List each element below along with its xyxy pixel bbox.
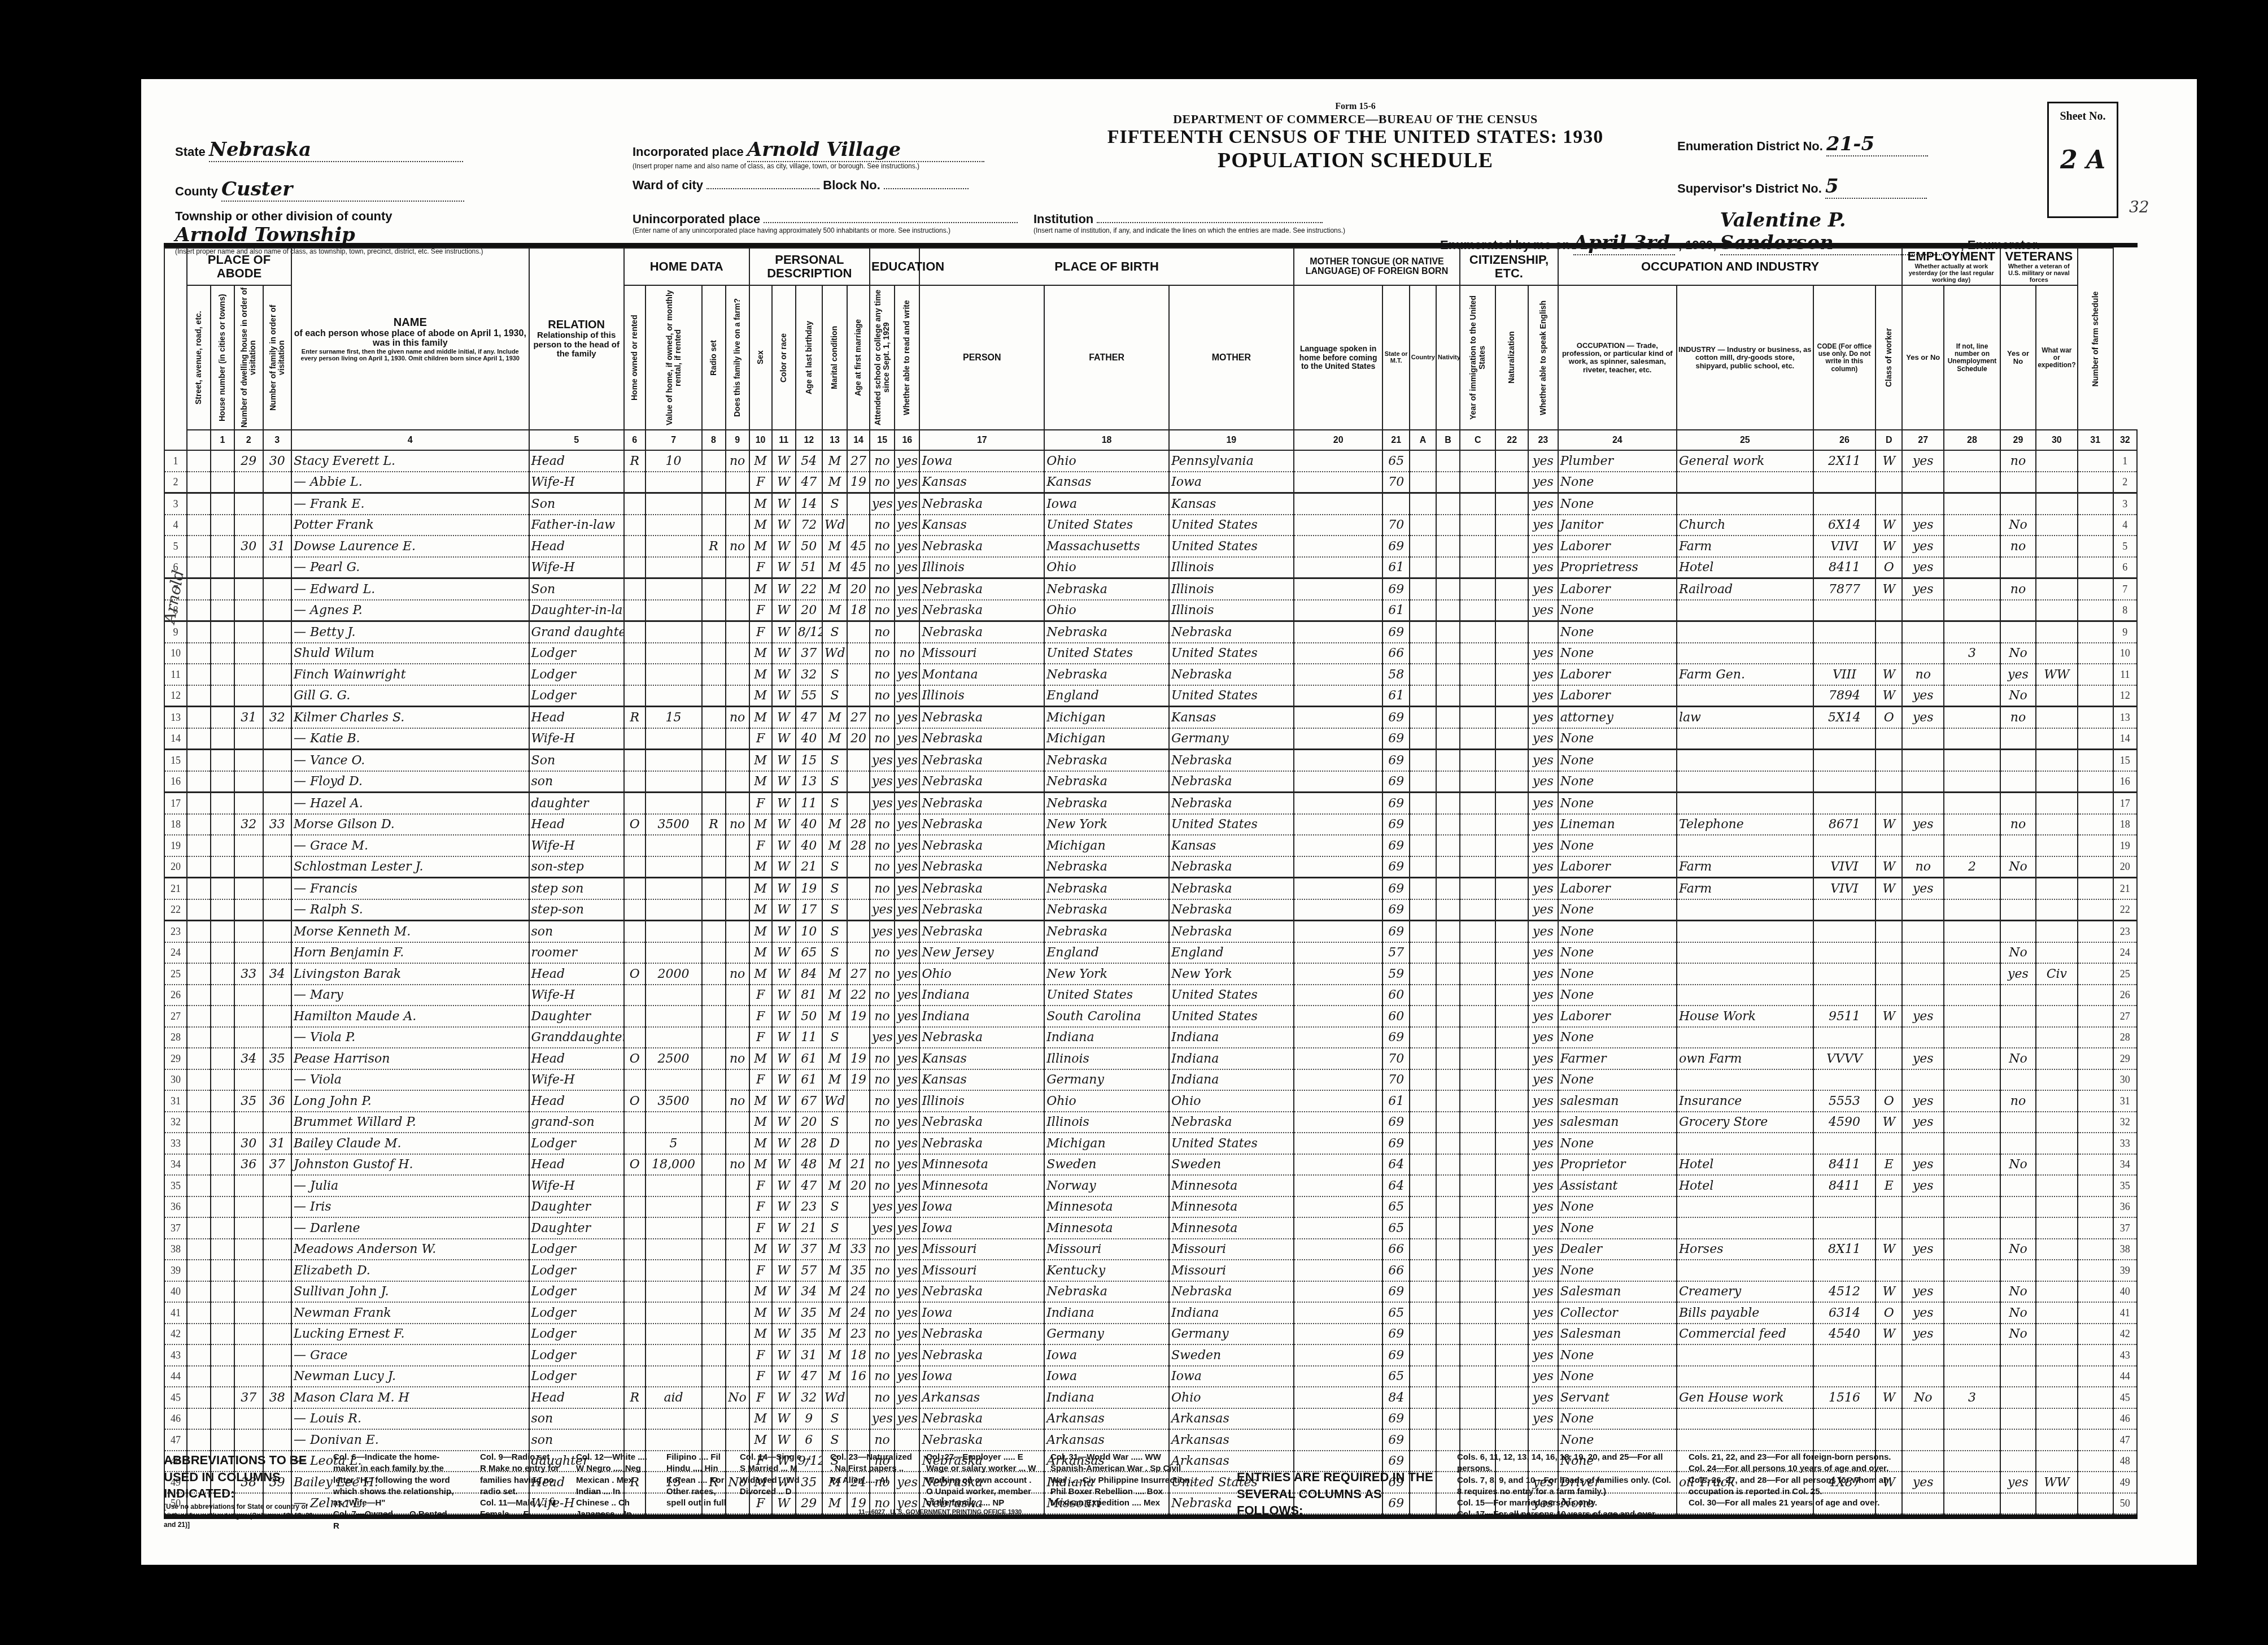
cell-age: 9 bbox=[796, 1408, 822, 1430]
cell-read: yes bbox=[895, 1217, 919, 1239]
cell-val bbox=[645, 1112, 702, 1133]
cell-code_d: VVVV bbox=[1813, 1048, 1876, 1069]
cell-empty bbox=[1495, 685, 1528, 707]
cell-agem bbox=[847, 856, 870, 878]
table-row: 41Newman FrankLodgerMW35M24noyesIowaIndi… bbox=[164, 1302, 2137, 1324]
cell-code_d bbox=[1813, 835, 1876, 856]
cell-spk: yes bbox=[1528, 1366, 1558, 1387]
cell-race: W bbox=[772, 664, 796, 685]
cell-farm bbox=[726, 942, 749, 964]
cell-occ: Laborer bbox=[1558, 856, 1677, 878]
cell-code_a: 66 bbox=[1382, 1260, 1409, 1281]
cell-race: W bbox=[772, 1027, 796, 1048]
cell-cls bbox=[1876, 643, 1902, 664]
cell-war bbox=[2036, 985, 2078, 1006]
cell-val bbox=[645, 1239, 702, 1260]
cell-empty bbox=[1410, 1324, 1436, 1345]
column-number: D bbox=[1876, 430, 1902, 450]
cell-empty bbox=[1460, 515, 1495, 536]
cell-radio bbox=[702, 1175, 726, 1196]
cell-war bbox=[2036, 814, 2078, 835]
cell-bp: Nebraska bbox=[919, 578, 1044, 600]
cell-sch: no bbox=[870, 985, 895, 1006]
enumeration-district: Enumeration District No. 21-5 bbox=[1677, 133, 1928, 156]
cell-ind bbox=[1677, 985, 1813, 1006]
cell-cls bbox=[1876, 793, 1902, 814]
cell-rel: grand-son bbox=[529, 1112, 624, 1133]
cell-mbp: Missouri bbox=[1169, 1239, 1294, 1260]
cell-occ: None bbox=[1558, 728, 1677, 750]
cell-empty bbox=[187, 1090, 211, 1112]
cell-vet bbox=[2000, 1387, 2036, 1408]
cell-name: — Julia bbox=[291, 1175, 529, 1196]
cell-empty bbox=[1410, 578, 1436, 600]
cell-spk: yes bbox=[1528, 1027, 1558, 1048]
cell-agem: 35 bbox=[847, 1260, 870, 1281]
cell-vet bbox=[2000, 1344, 2036, 1366]
cell-radio bbox=[702, 899, 726, 921]
table-row: 12Gill G. G.LodgerMW55SnoyesIllinoisEngl… bbox=[164, 685, 2137, 707]
cell-sch: no bbox=[870, 1154, 895, 1176]
cell-bp: Kansas bbox=[919, 1048, 1044, 1069]
cell-race: W bbox=[772, 750, 796, 771]
cell-read: yes bbox=[895, 472, 919, 493]
cell-cls: W bbox=[1876, 1387, 1902, 1408]
cell-mbp: Iowa bbox=[1169, 472, 1294, 493]
cell-empty bbox=[1495, 1344, 1528, 1366]
cell-sch: no bbox=[870, 1175, 895, 1196]
column-number: 2 bbox=[234, 430, 263, 450]
cell-sch: no bbox=[870, 878, 895, 899]
cell-ind bbox=[1677, 899, 1813, 921]
cell-rel: Wife-H bbox=[529, 1069, 624, 1091]
cell-spk: yes bbox=[1528, 1154, 1558, 1176]
cell-empty bbox=[1410, 793, 1436, 814]
column-number: 16 bbox=[895, 430, 919, 450]
table-row: 23Morse Kenneth M.sonMW10SyesyesNebraska… bbox=[164, 921, 2137, 942]
cell-dw: 32 bbox=[234, 814, 263, 835]
cell-name: Hamilton Maude A. bbox=[291, 1006, 529, 1027]
cell-empty bbox=[2078, 643, 2113, 664]
cell-age: 40 bbox=[796, 835, 822, 856]
cell-unemp bbox=[1944, 1217, 2000, 1239]
cell-bp: Nebraska bbox=[919, 771, 1044, 793]
cell-emp: yes bbox=[1902, 707, 1944, 728]
cell-own bbox=[624, 664, 645, 685]
cell-ln: 26 bbox=[2113, 985, 2137, 1006]
cell-code_a: 69 bbox=[1382, 1408, 1409, 1430]
cell-fam bbox=[263, 1006, 292, 1027]
cell-unemp bbox=[1944, 578, 2000, 600]
cell-mar: Wd bbox=[822, 515, 847, 536]
cell-occ: None bbox=[1558, 942, 1677, 964]
cell-fbp: Ohio bbox=[1044, 450, 1169, 472]
cell-ln: 38 bbox=[2113, 1239, 2137, 1260]
cell-mar: M bbox=[822, 1281, 847, 1303]
cell-sch: no bbox=[870, 1387, 895, 1408]
cell-code_d: 7894 bbox=[1813, 685, 1876, 707]
cell-farm bbox=[726, 557, 749, 578]
cell-mar: S bbox=[822, 942, 847, 964]
cell-empty bbox=[1495, 557, 1528, 578]
cell-read: yes bbox=[895, 685, 919, 707]
cell-spk: yes bbox=[1528, 643, 1558, 664]
cell-empty bbox=[2078, 536, 2113, 557]
cell-vet: no bbox=[2000, 578, 2036, 600]
cell-val bbox=[645, 1344, 702, 1366]
supervisor-district: Supervisor's District No. 5 bbox=[1677, 175, 1927, 199]
cell-radio bbox=[702, 1408, 726, 1430]
table-row: 10Shuld WilumLodgerMW37WdnonoMissouriUni… bbox=[164, 643, 2137, 664]
cell-rel: Head bbox=[529, 1048, 624, 1069]
cell-cls bbox=[1876, 1196, 1902, 1218]
cell-rel: Wife-H bbox=[529, 472, 624, 493]
cell-name: Potter Frank bbox=[291, 515, 529, 536]
cell-code_d bbox=[1813, 621, 1876, 643]
cell-empty bbox=[187, 1069, 211, 1091]
cell-empty bbox=[1460, 1048, 1495, 1069]
cell-occ: Laborer bbox=[1558, 578, 1677, 600]
cell-code_d: 1516 bbox=[1813, 1387, 1876, 1408]
cell-farm bbox=[726, 856, 749, 878]
cell-radio bbox=[702, 750, 726, 771]
cell-empty bbox=[1294, 1302, 1383, 1324]
cell-name: — Edward L. bbox=[291, 578, 529, 600]
cell-war bbox=[2036, 621, 2078, 643]
county-field: County Custer bbox=[175, 178, 464, 202]
cell-unemp bbox=[1944, 750, 2000, 771]
cell-mar: D bbox=[822, 1133, 847, 1154]
table-row: 2— Abbie L.Wife-HFW47M19noyesKansasKansa… bbox=[164, 472, 2137, 493]
cell-unemp bbox=[1944, 728, 2000, 750]
cell-empty bbox=[1294, 1196, 1383, 1218]
cell-empty bbox=[187, 536, 211, 557]
cell-empty bbox=[211, 942, 234, 964]
cell-race: W bbox=[772, 771, 796, 793]
cell-age: 13 bbox=[796, 771, 822, 793]
cell-mar: S bbox=[822, 1027, 847, 1048]
cell-radio bbox=[702, 942, 726, 964]
cell-radio bbox=[702, 878, 726, 899]
cell-sch: yes bbox=[870, 493, 895, 515]
cell-fam bbox=[263, 685, 292, 707]
cell-mbp: Sweden bbox=[1169, 1154, 1294, 1176]
cell-read: yes bbox=[895, 536, 919, 557]
cell-age: 31 bbox=[796, 1344, 822, 1366]
cell-unemp bbox=[1944, 921, 2000, 942]
cell-own: O bbox=[624, 963, 645, 985]
print-code: 11—6027 U. S. GOVERNMENT PRINTING OFFICE… bbox=[858, 1508, 1022, 1517]
cell-mar: Wd bbox=[822, 1387, 847, 1408]
cell-occ: Laborer bbox=[1558, 1006, 1677, 1027]
table-row: 35— JuliaWife-HFW47M20noyesMinnesotaNorw… bbox=[164, 1175, 2137, 1196]
cell-code_d bbox=[1813, 1069, 1876, 1091]
cell-bp: Nebraska bbox=[919, 1027, 1044, 1048]
cell-val bbox=[645, 1069, 702, 1091]
cell-war bbox=[2036, 878, 2078, 899]
cell-emp: yes bbox=[1902, 578, 1944, 600]
cell-ind bbox=[1677, 793, 1813, 814]
cell-agem bbox=[847, 878, 870, 899]
cell-empty bbox=[2078, 1281, 2113, 1303]
cell-ln: 30 bbox=[2113, 1069, 2137, 1091]
cell-war: Civ bbox=[2036, 963, 2078, 985]
cell-empty bbox=[187, 750, 211, 771]
cell-val bbox=[645, 750, 702, 771]
cell-occ: None bbox=[1558, 1344, 1677, 1366]
cell-empty bbox=[1495, 750, 1528, 771]
cell-code_a: 69 bbox=[1382, 878, 1409, 899]
cell-mbp: Nebraska bbox=[1169, 793, 1294, 814]
cell-sex: M bbox=[749, 536, 772, 557]
cell-farm bbox=[726, 664, 749, 685]
cell-empty bbox=[1410, 707, 1436, 728]
cell-agem bbox=[847, 1217, 870, 1239]
cell-sex: F bbox=[749, 557, 772, 578]
cell-ind: Gen House work bbox=[1677, 1387, 1813, 1408]
cell-ln: 5 bbox=[2113, 536, 2137, 557]
cell-unemp bbox=[1944, 899, 2000, 921]
cell-empty bbox=[1436, 1069, 1460, 1091]
cell-farm bbox=[726, 1112, 749, 1133]
column-number: 6 bbox=[624, 430, 645, 450]
cell-sex: M bbox=[749, 493, 772, 515]
cell-empty bbox=[1410, 1175, 1436, 1196]
cell-val bbox=[645, 600, 702, 621]
column-number: 17 bbox=[919, 430, 1044, 450]
cell-sch: no bbox=[870, 1112, 895, 1133]
cell-rel: Son bbox=[529, 578, 624, 600]
cell-empty bbox=[211, 814, 234, 835]
cell-sch: no bbox=[870, 1133, 895, 1154]
cell-emp bbox=[1902, 1196, 1944, 1218]
cell-fam: 35 bbox=[263, 1048, 292, 1069]
cell-agem: 45 bbox=[847, 536, 870, 557]
cell-radio bbox=[702, 835, 726, 856]
cell-radio bbox=[702, 1217, 726, 1239]
employment-header: EMPLOYMENTWhether actually at work yeste… bbox=[1902, 248, 2000, 285]
cell-mbp: Nebraska bbox=[1169, 664, 1294, 685]
cell-mar: S bbox=[822, 921, 847, 942]
cell-read: yes bbox=[895, 1366, 919, 1387]
cell-code_a: 69 bbox=[1382, 1324, 1409, 1345]
cell-mar: S bbox=[822, 750, 847, 771]
cell-radio bbox=[702, 685, 726, 707]
cell-code_a: 61 bbox=[1382, 685, 1409, 707]
cell-vet: no bbox=[2000, 536, 2036, 557]
cell-vet bbox=[2000, 1196, 2036, 1218]
cell-cls: W bbox=[1876, 1281, 1902, 1303]
cell-dw: 36 bbox=[234, 1154, 263, 1176]
cell-empty bbox=[1495, 450, 1528, 472]
cell-val bbox=[645, 1217, 702, 1239]
cell-val bbox=[645, 557, 702, 578]
cell-code_a: 66 bbox=[1382, 643, 1409, 664]
table-row: 30— ViolaWife-HFW61M19noyesKansasGermany… bbox=[164, 1069, 2137, 1091]
cell-empty bbox=[1460, 1408, 1495, 1430]
cell-val bbox=[645, 1006, 702, 1027]
name-header: NAMEof each person whose place of abode … bbox=[291, 248, 529, 430]
column-number: 28 bbox=[1944, 430, 2000, 450]
cell-ind: Creamery bbox=[1677, 1281, 1813, 1303]
cell-empty bbox=[1294, 578, 1383, 600]
column-number: 7 bbox=[645, 430, 702, 450]
cell-emp bbox=[1902, 921, 1944, 942]
cell-empty bbox=[2078, 472, 2113, 493]
cell-spk: yes bbox=[1528, 578, 1558, 600]
cell-code_a: 69 bbox=[1382, 1027, 1409, 1048]
cell-sch: no bbox=[870, 664, 895, 685]
cell-ind bbox=[1677, 1260, 1813, 1281]
cell-empty bbox=[1410, 1006, 1436, 1027]
cell-age: 37 bbox=[796, 643, 822, 664]
cell-code_d: 7877 bbox=[1813, 578, 1876, 600]
cell-age: 23 bbox=[796, 1196, 822, 1218]
cell-emp: yes bbox=[1902, 1154, 1944, 1176]
cell-vet bbox=[2000, 1133, 2036, 1154]
cell-own: O bbox=[624, 814, 645, 835]
cell-mar: M bbox=[822, 1154, 847, 1176]
cell-fbp: Kansas bbox=[1044, 472, 1169, 493]
cell-vet: No bbox=[2000, 515, 2036, 536]
cell-empty bbox=[187, 728, 211, 750]
cell-radio bbox=[702, 771, 726, 793]
cell-fbp: United States bbox=[1044, 643, 1169, 664]
cell-ln: 16 bbox=[164, 771, 187, 793]
cell-sex: F bbox=[749, 1217, 772, 1239]
cell-name: — Mary bbox=[291, 985, 529, 1006]
cell-race: W bbox=[772, 1366, 796, 1387]
cell-occ: None bbox=[1558, 1366, 1677, 1387]
cell-farm bbox=[726, 493, 749, 515]
cell-unemp bbox=[1944, 1006, 2000, 1027]
cell-age: 32 bbox=[796, 1387, 822, 1408]
cell-own: O bbox=[624, 1154, 645, 1176]
cell-dw bbox=[234, 771, 263, 793]
column-number bbox=[187, 430, 211, 450]
cell-empty bbox=[1294, 1027, 1383, 1048]
cell-read: yes bbox=[895, 578, 919, 600]
cell-mar: S bbox=[822, 856, 847, 878]
cell-empty bbox=[211, 771, 234, 793]
cell-race: W bbox=[772, 450, 796, 472]
cell-empty bbox=[1410, 664, 1436, 685]
cell-empty bbox=[187, 472, 211, 493]
cell-empty bbox=[1495, 1175, 1528, 1196]
cell-name: Morse Gilson D. bbox=[291, 814, 529, 835]
cell-occ: Salesman bbox=[1558, 1281, 1677, 1303]
cell-fam bbox=[263, 793, 292, 814]
cell-read: yes bbox=[895, 1196, 919, 1218]
cell-val: 3500 bbox=[645, 814, 702, 835]
cell-code_a: 84 bbox=[1382, 1387, 1409, 1408]
cell-spk: yes bbox=[1528, 685, 1558, 707]
cell-dw bbox=[234, 750, 263, 771]
table-row: 9— Betty J.Grand daughterFW8/12SnoNebras… bbox=[164, 621, 2137, 643]
cell-sex: M bbox=[749, 1408, 772, 1430]
cell-empty bbox=[1436, 1344, 1460, 1366]
cell-war bbox=[2036, 1196, 2078, 1218]
cell-own bbox=[624, 1344, 645, 1366]
cell-empty bbox=[2078, 750, 2113, 771]
cell-empty bbox=[1495, 1196, 1528, 1218]
cell-empty bbox=[1460, 921, 1495, 942]
cell-cls bbox=[1876, 1366, 1902, 1387]
census-sheet: State Nebraska County Custer Township or… bbox=[141, 79, 2197, 1565]
cell-empty bbox=[1495, 1112, 1528, 1133]
cell-code_a: 69 bbox=[1382, 1133, 1409, 1154]
cell-unemp bbox=[1944, 493, 2000, 515]
column-number: 12 bbox=[796, 430, 822, 450]
cell-mbp: Indiana bbox=[1169, 1302, 1294, 1324]
cell-farm bbox=[726, 1281, 749, 1303]
cell-sex: M bbox=[749, 1154, 772, 1176]
cell-val: 3500 bbox=[645, 1090, 702, 1112]
cell-fbp: Iowa bbox=[1044, 493, 1169, 515]
cell-empty bbox=[1460, 835, 1495, 856]
cell-race: W bbox=[772, 814, 796, 835]
cell-val: 10 bbox=[645, 450, 702, 472]
cell-emp: yes bbox=[1902, 450, 1944, 472]
cell-mar: S bbox=[822, 685, 847, 707]
cell-empty bbox=[1436, 921, 1460, 942]
cell-mar: S bbox=[822, 793, 847, 814]
cell-occ: Proprietor bbox=[1558, 1154, 1677, 1176]
cell-spk: yes bbox=[1528, 1112, 1558, 1133]
cell-occ: Plumber bbox=[1558, 450, 1677, 472]
table-row: 313536Long John P.HeadO3500noMW67Wdnoyes… bbox=[164, 1090, 2137, 1112]
cell-ind: Hotel bbox=[1677, 557, 1813, 578]
cell-agem: 20 bbox=[847, 578, 870, 600]
cell-code_a: 69 bbox=[1382, 856, 1409, 878]
table-row: 333031Bailey Claude M.Lodger5MW28DnoyesN… bbox=[164, 1133, 2137, 1154]
cell-code_a: 70 bbox=[1382, 515, 1409, 536]
cell-ln: 22 bbox=[2113, 899, 2137, 921]
cell-empty bbox=[1460, 771, 1495, 793]
cell-age: 11 bbox=[796, 1027, 822, 1048]
cell-vet: No bbox=[2000, 643, 2036, 664]
cell-code_d: 4590 bbox=[1813, 1112, 1876, 1133]
cell-val bbox=[645, 771, 702, 793]
cell-agem bbox=[847, 771, 870, 793]
cell-ln: 45 bbox=[2113, 1387, 2137, 1408]
cell-fam: 34 bbox=[263, 963, 292, 985]
cell-sex: M bbox=[749, 515, 772, 536]
cell-cls bbox=[1876, 1408, 1902, 1430]
cell-own bbox=[624, 899, 645, 921]
cell-ln: 44 bbox=[2113, 1366, 2137, 1387]
cell-bp: Nebraska bbox=[919, 899, 1044, 921]
incorporated-field: Incorporated place Arnold Village (Inser… bbox=[633, 138, 984, 170]
cell-empty bbox=[1495, 835, 1528, 856]
cell-agem bbox=[847, 1112, 870, 1133]
cell-empty bbox=[1410, 1344, 1436, 1366]
cell-ind bbox=[1677, 643, 1813, 664]
cell-age: 20 bbox=[796, 600, 822, 621]
cell-emp bbox=[1902, 1217, 1944, 1239]
cell-spk: yes bbox=[1528, 1133, 1558, 1154]
cell-name: Lucking Ernest F. bbox=[291, 1324, 529, 1345]
cell-ln: 24 bbox=[164, 942, 187, 964]
cell-code_a: 70 bbox=[1382, 1048, 1409, 1069]
table-row: 40Sullivan John J.LodgerMW34M24noyesNebr… bbox=[164, 1281, 2137, 1303]
column-number: 32 bbox=[2113, 430, 2137, 450]
cell-age: 72 bbox=[796, 515, 822, 536]
cell-rel: Lodger bbox=[529, 1344, 624, 1366]
cell-age: 47 bbox=[796, 1175, 822, 1196]
cell-empty bbox=[1436, 1408, 1460, 1430]
cell-ln: 13 bbox=[2113, 707, 2137, 728]
